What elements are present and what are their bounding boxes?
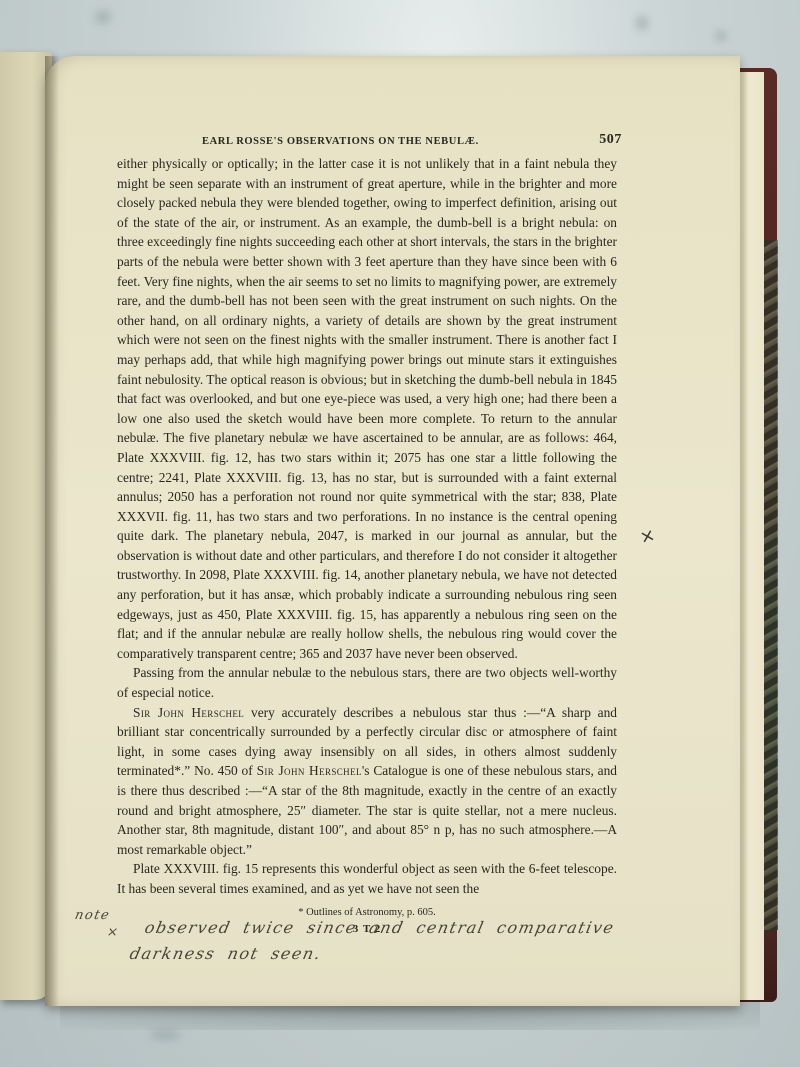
handwritten-note-line-2: darkness not seen. bbox=[128, 944, 323, 963]
page-number: 507 bbox=[599, 132, 622, 148]
page-content: EARL ROSSE'S OBSERVATIONS ON THE NEBULÆ.… bbox=[117, 132, 617, 935]
book-page: EARL ROSSE'S OBSERVATIONS ON THE NEBULÆ.… bbox=[45, 56, 740, 1006]
paragraph-3: Sir John Herschel very accurately descri… bbox=[117, 703, 617, 860]
marbled-cover-pattern bbox=[764, 240, 778, 930]
marble-spot bbox=[95, 10, 111, 24]
paragraph-2: Passing from the annular nebulæ to the n… bbox=[117, 663, 617, 702]
marble-spot bbox=[150, 1030, 180, 1040]
author-name: Sir John Herschel bbox=[257, 763, 362, 778]
gutter-shadow bbox=[45, 56, 59, 1006]
paragraph-4: Plate XXXVIII. fig. 15 represents this w… bbox=[117, 859, 617, 898]
running-head-title: EARL ROSSE'S OBSERVATIONS ON THE NEBULÆ. bbox=[202, 136, 479, 147]
handwritten-note-label: note bbox=[73, 908, 111, 923]
running-head: EARL ROSSE'S OBSERVATIONS ON THE NEBULÆ.… bbox=[117, 132, 617, 154]
paragraph-1: either physically or optically; in the l… bbox=[117, 154, 617, 663]
footnote: * Outlines of Astronomy, p. 605. bbox=[117, 907, 617, 918]
marble-spot bbox=[635, 15, 649, 31]
author-name: Sir John Herschel bbox=[133, 705, 244, 720]
body-text: either physically or optically; in the l… bbox=[117, 154, 617, 899]
marble-spot bbox=[715, 30, 727, 42]
handwritten-note-line-1: observed twice since and central compara… bbox=[143, 918, 617, 937]
